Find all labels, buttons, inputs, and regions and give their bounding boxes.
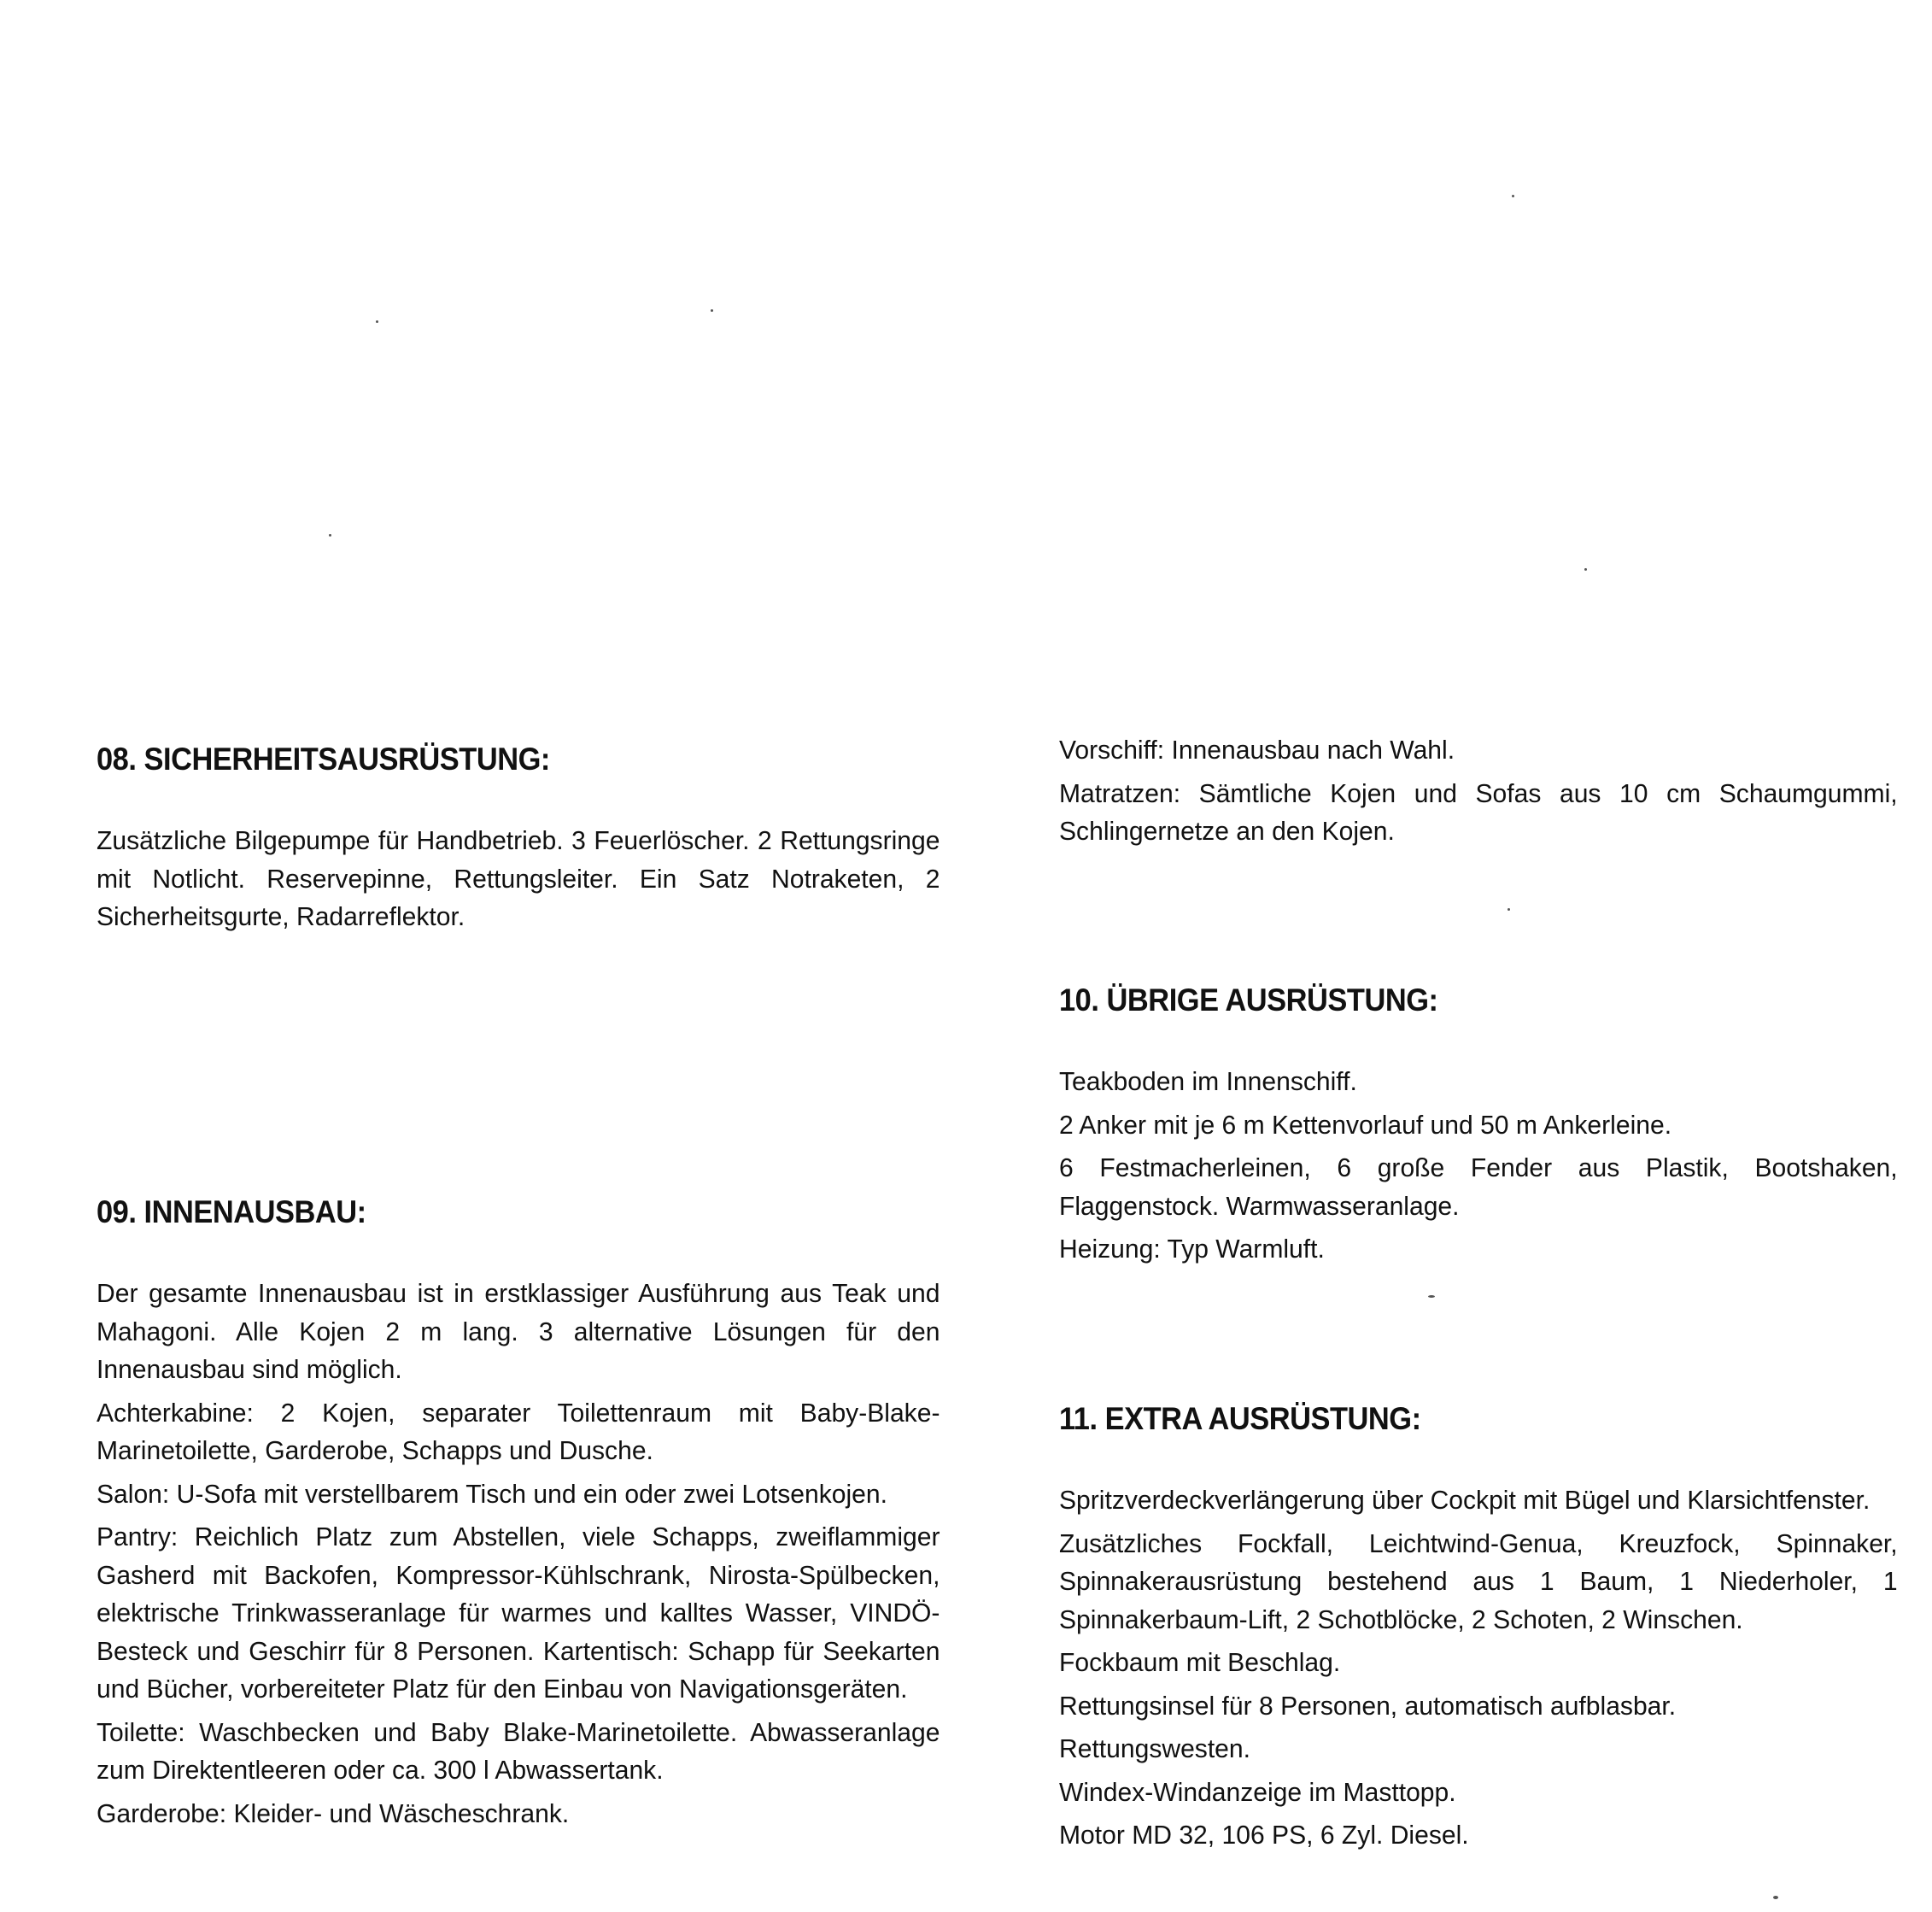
paragraph: Zusätzliche Bilgepumpe für Handbetrieb. …	[97, 822, 940, 936]
paragraph: Pantry: Reichlich Platz zum Abstellen, v…	[97, 1518, 940, 1709]
section-heading: 11. EXTRA AUSRÜSTUNG:	[1059, 1401, 1863, 1437]
paragraph: Teakboden im Innenschiff.	[1059, 1063, 1898, 1101]
paragraph: Garderobe: Kleider- und Wäscheschrank.	[97, 1795, 940, 1833]
paragraph: Salon: U-Sofa mit verstellbarem Tisch un…	[97, 1475, 940, 1514]
scan-speck	[1508, 908, 1510, 911]
paragraph: Heizung: Typ Warmluft.	[1059, 1230, 1898, 1269]
paragraph: Rettungsinsel für 8 Personen, automatisc…	[1059, 1687, 1898, 1726]
section-heading: 09. INNENAUSBAU:	[97, 1194, 905, 1230]
scan-speck	[1512, 195, 1514, 197]
paragraph: Der gesamte Innenausbau ist in erstklass…	[97, 1275, 940, 1389]
paragraph: Zusätzliches Fockfall, Leichtwind-Genua,…	[1059, 1525, 1898, 1639]
scan-speck	[711, 309, 713, 312]
paragraph: Matratzen: Sämtliche Kojen und Sofas aus…	[1059, 775, 1898, 851]
section-10-other-equipment: 10. ÜBRIGE AUSRÜSTUNG: Teakboden im Inne…	[1059, 982, 1923, 1269]
section-09-interior: 09. INNENAUSBAU: Der gesamte Innenausbau…	[97, 1194, 966, 1833]
section-heading: 08. SICHERHEITSAUSRÜSTUNG:	[97, 742, 905, 777]
paragraph: Spritzverdeckverlängerung über Cockpit m…	[1059, 1481, 1898, 1520]
section-heading: 10. ÜBRIGE AUSRÜSTUNG:	[1059, 982, 1863, 1018]
scan-speck	[376, 320, 378, 323]
paragraph: Toilette: Waschbecken und Baby Blake-Mar…	[97, 1714, 940, 1790]
paragraph: Fockbaum mit Beschlag.	[1059, 1644, 1898, 1682]
scan-speck	[1428, 1295, 1435, 1298]
scan-speck	[329, 534, 331, 537]
section-09-continuation: Vorschiff: Innenausbau nach Wahl. Matrat…	[1059, 731, 1923, 851]
paragraph: Vorschiff: Innenausbau nach Wahl.	[1059, 731, 1898, 770]
scan-speck	[1773, 1896, 1778, 1899]
scan-speck	[1584, 568, 1587, 571]
section-11-extra-equipment: 11. EXTRA AUSRÜSTUNG: Spritzverdeckverlä…	[1059, 1401, 1923, 1855]
paragraph: Rettungswesten.	[1059, 1730, 1898, 1768]
paragraph: Achterkabine: 2 Kojen, separater Toilett…	[97, 1394, 940, 1470]
section-08-safety: 08. SICHERHEITSAUSRÜSTUNG: Zusätzliche B…	[97, 742, 966, 936]
paragraph: Motor MD 32, 106 PS, 6 Zyl. Diesel.	[1059, 1816, 1898, 1855]
paragraph: 2 Anker mit je 6 m Kettenvorlauf und 50 …	[1059, 1106, 1898, 1145]
paragraph: 6 Festmacherleinen, 6 große Fender aus P…	[1059, 1149, 1898, 1225]
paragraph: Windex-Windanzeige im Masttopp.	[1059, 1774, 1898, 1812]
